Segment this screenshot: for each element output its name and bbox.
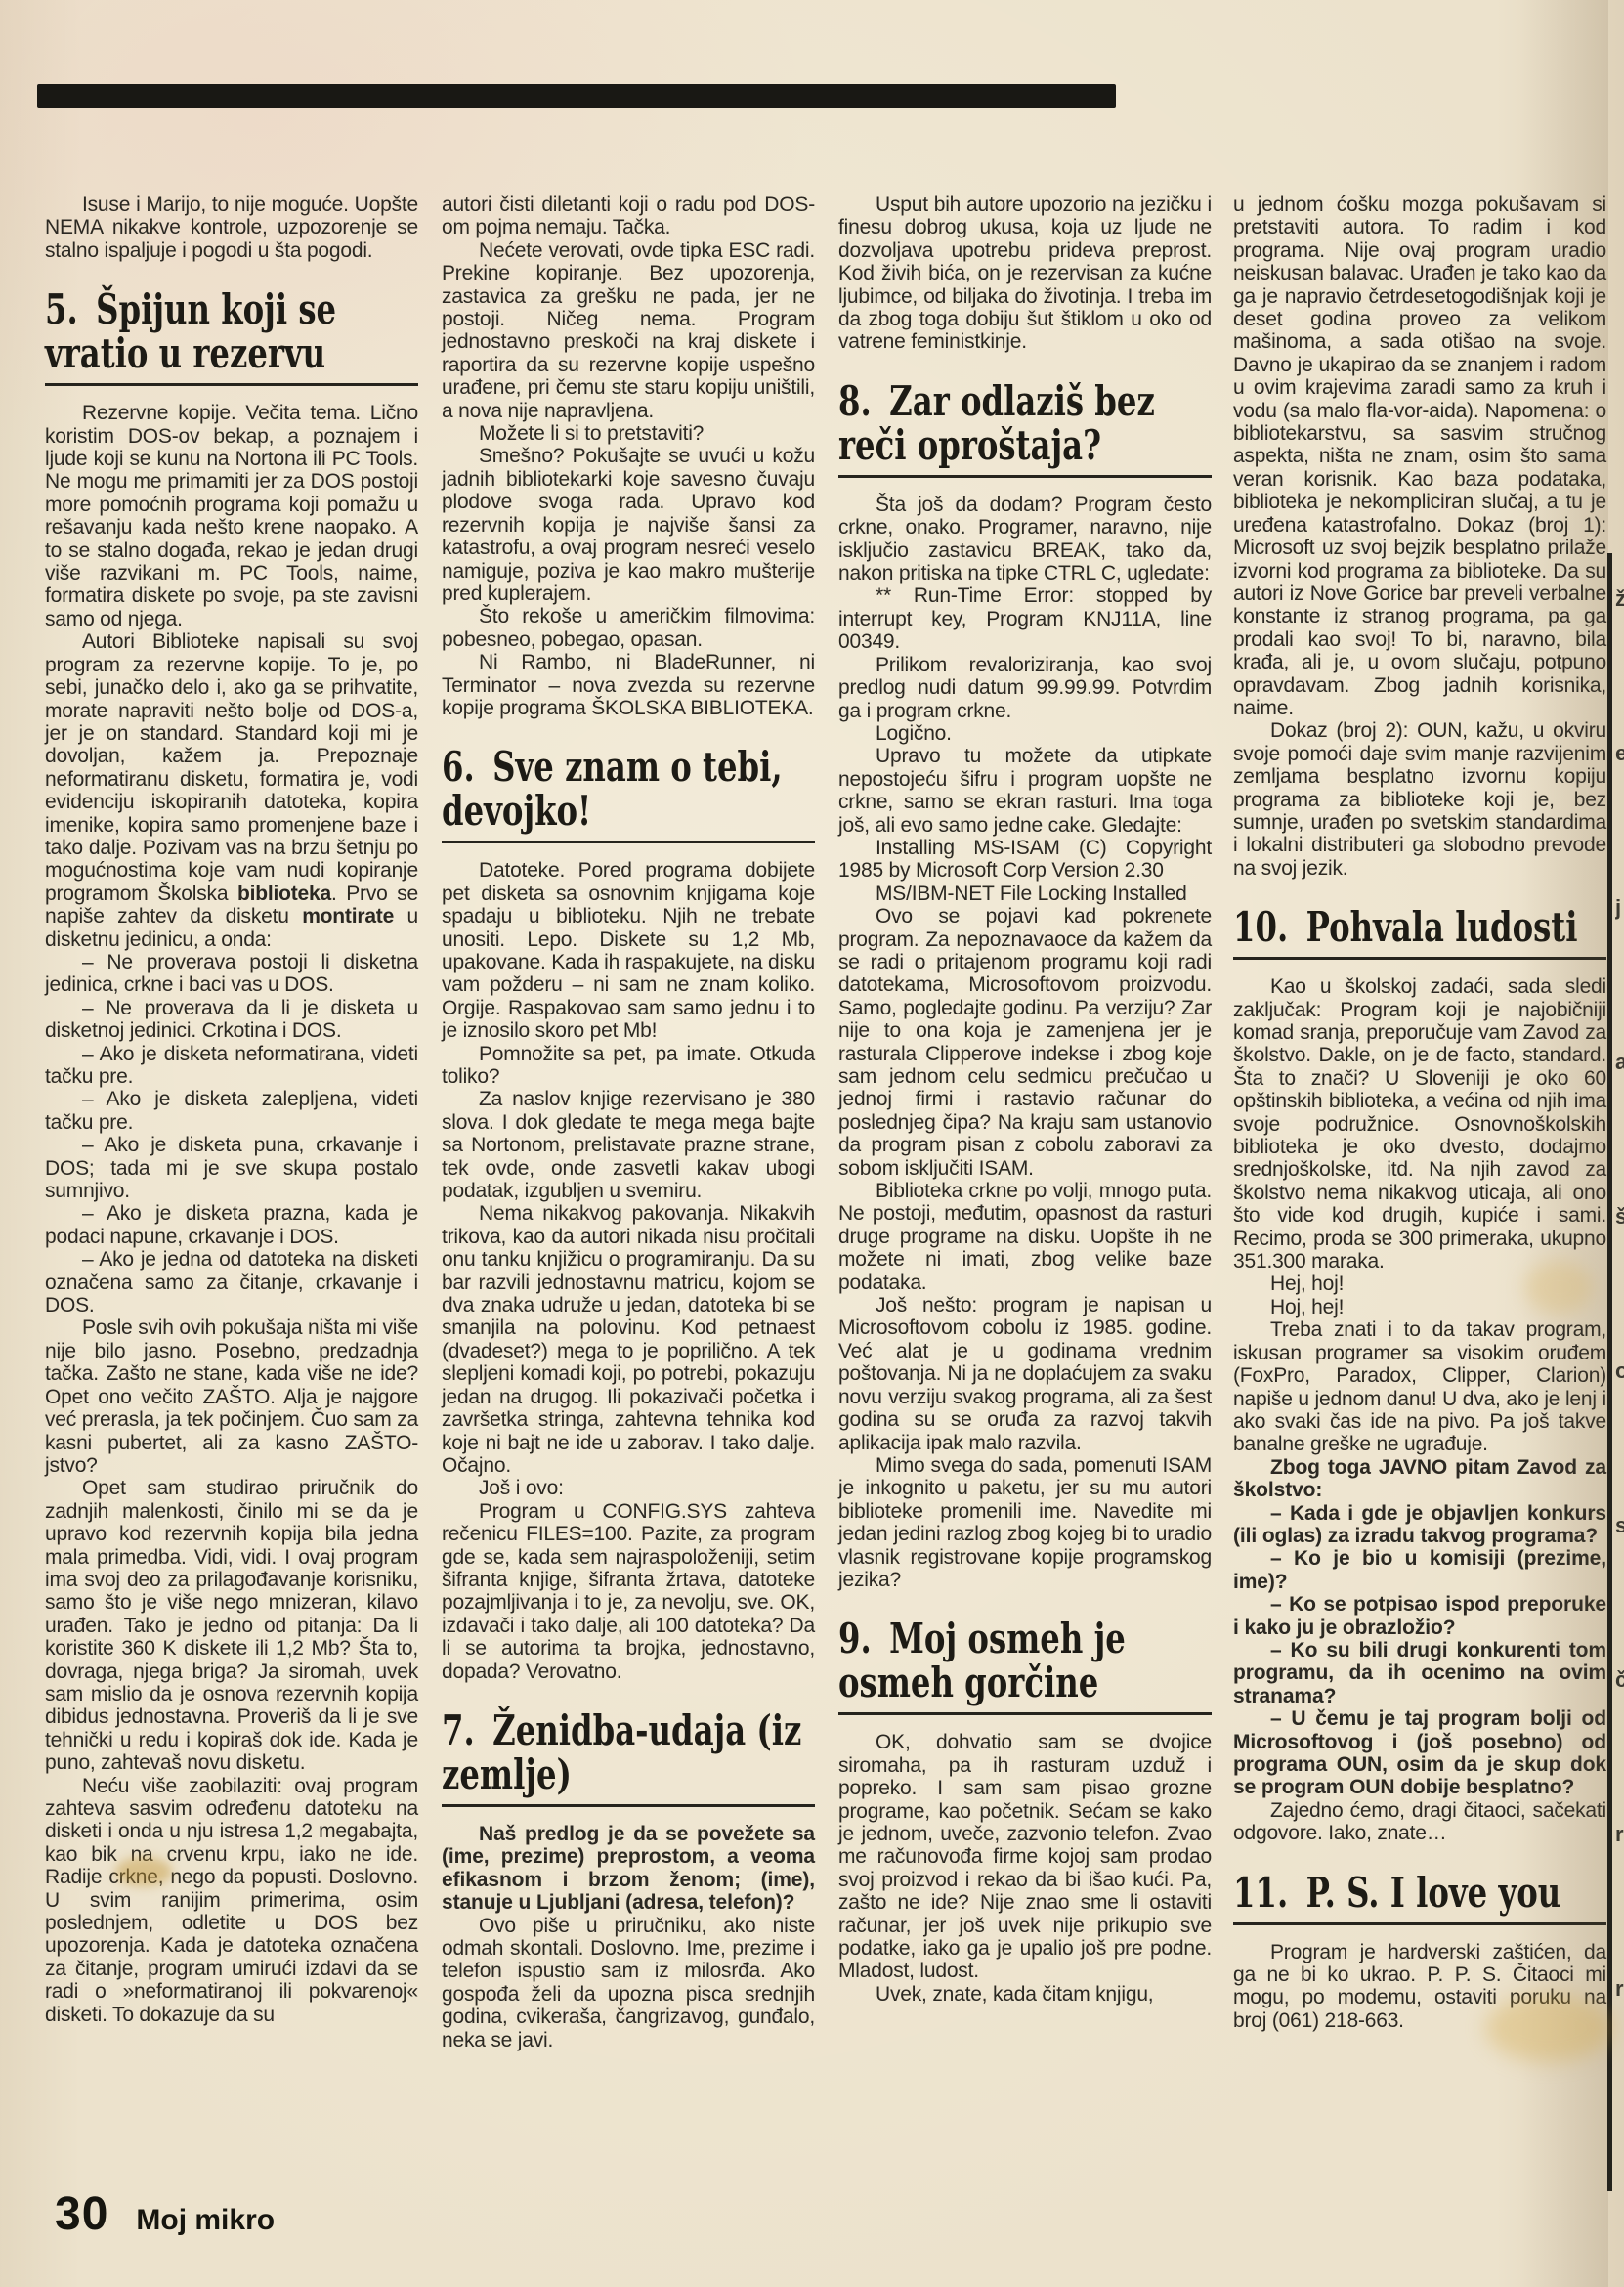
heading-rule bbox=[442, 1804, 815, 1807]
edge-letter-fragment: a bbox=[1615, 1050, 1624, 1204]
edge-letter-fragment: j bbox=[1615, 895, 1624, 1050]
article-paragraph: Rezervne kopije. Večita tema. Lično kori… bbox=[45, 402, 418, 630]
section-number: 5. bbox=[45, 285, 78, 333]
section-number: 10. bbox=[1233, 903, 1288, 951]
article-paragraph: Prilikom revaloriziranja, kao svoj predl… bbox=[838, 654, 1212, 722]
edge-letter-fragment: r bbox=[1615, 1976, 1624, 2131]
heading-rule bbox=[442, 841, 815, 843]
section-number: 11. bbox=[1233, 1869, 1288, 1917]
edge-letter-fragment: s bbox=[1615, 1513, 1624, 1667]
article-paragraph: Naš predlog je da se povežete sa (ime, p… bbox=[442, 1823, 815, 1915]
top-rule-bar bbox=[37, 84, 1116, 108]
edge-letter-fragment: o bbox=[1615, 1359, 1624, 1513]
article-paragraph: Autori Biblioteke napisali su svoj progr… bbox=[45, 630, 418, 951]
section-heading: 6.Sve znam o tebi, devojko! bbox=[442, 745, 815, 833]
article-paragraph: Neću više zaobilaziti: ovaj program zaht… bbox=[45, 1775, 418, 2026]
section-title: Ženidba-udaja (iz zemlje) bbox=[442, 1706, 801, 1798]
article-paragraph: autori čisti diletanti koji o radu pod D… bbox=[442, 194, 815, 239]
section-title: Zar odlaziš bez reči oproštaja? bbox=[838, 377, 1155, 469]
article-paragraph: Nećete verovati, ovde tipka ESC radi. Pr… bbox=[442, 239, 815, 422]
article-paragraph: Možete li si to pretstaviti? bbox=[442, 422, 815, 445]
edge-letter-fragment: r bbox=[1615, 1822, 1624, 1976]
article-paragraph: Smešno? Pokušajte se uvući u kožu jadnih… bbox=[442, 445, 815, 605]
article-paragraph: Nema nikakvog pakovanja. Nikakvih trikov… bbox=[442, 1202, 815, 1477]
article-paragraph: Ovo piše u priručniku, ako niste odmah s… bbox=[442, 1915, 815, 2051]
article-paragraph: – Ne proverava da li je disketa u disket… bbox=[45, 997, 418, 1043]
article-paragraph: Installing MS-ISAM (C) Copyright 1985 by… bbox=[838, 837, 1212, 883]
paper-stain bbox=[115, 1857, 172, 1886]
article-paragraph: Posle svih ovih pokušaja ništa mi više n… bbox=[45, 1316, 418, 1477]
edge-letter-fragment: š bbox=[1615, 1204, 1624, 1359]
article-paragraph: Pomnožite sa pet, pa imate. Otkuda tolik… bbox=[442, 1043, 815, 1089]
article-paragraph: Što rekoše u američkim filmovima: pobesn… bbox=[442, 605, 815, 651]
article-paragraph: Još i ovo: bbox=[442, 1477, 815, 1499]
article-paragraph: – Ako je disketa zalepljena, videti tačk… bbox=[45, 1088, 418, 1134]
article-paragraph: ** Run-Time Error: stopped by interrupt … bbox=[838, 584, 1212, 653]
paper-stain bbox=[1485, 1994, 1612, 2062]
article-paragraph: – Ako je disketa puna, crkavanje i DOS; … bbox=[45, 1134, 418, 1202]
text-column-3: Usput bih autore upozorio na jezičku i f… bbox=[838, 194, 1212, 2006]
article-paragraph: Ovo se pojavi kad pokrenete program. Za … bbox=[838, 905, 1212, 1180]
page-edge-shadow bbox=[1520, 0, 1608, 2287]
section-number: 7. bbox=[442, 1706, 475, 1754]
article-paragraph: Logično. bbox=[838, 722, 1212, 745]
edge-letter-fragment: e bbox=[1615, 741, 1624, 895]
article-paragraph: Mimo svega do sada, pomenuti ISAM je ink… bbox=[838, 1454, 1212, 1591]
heading-rule bbox=[838, 1712, 1212, 1715]
text-column-1: Isuse i Marijo, to nije moguće. Uopšte N… bbox=[45, 194, 418, 2026]
article-paragraph: OK, dohvatio sam se dvojice siromaha, pa… bbox=[838, 1731, 1212, 1982]
heading-rule bbox=[838, 475, 1212, 478]
article-paragraph: Usput bih autore upozorio na jezičku i f… bbox=[838, 194, 1212, 354]
article-paragraph: Uvek, znate, kada čitam knjigu, bbox=[838, 1983, 1212, 2006]
article-paragraph: – Ne proverava postoji li disketna jedin… bbox=[45, 951, 418, 997]
section-title: Sve znam o tebi, devojko! bbox=[442, 743, 783, 835]
section-title: Špijun koji se vratio u rezervu bbox=[45, 285, 336, 377]
page-number: 30 bbox=[55, 2187, 108, 2241]
article-paragraph: MS/IBM-NET File Locking Installed bbox=[838, 883, 1212, 905]
edge-letter-fragment: ž bbox=[1615, 586, 1624, 741]
article-paragraph: Ni Rambo, ni BladeRunner, ni Terminator … bbox=[442, 651, 815, 719]
article-paragraph: Za naslov knjige rezervisano je 380 slov… bbox=[442, 1088, 815, 1202]
article-paragraph: Program u CONFIG.SYS zahteva rečenicu FI… bbox=[442, 1500, 815, 1683]
article-paragraph: – Ako je disketa neformatirana, videti t… bbox=[45, 1043, 418, 1089]
article-paragraph: – Ako je disketa prazna, kada je podaci … bbox=[45, 1202, 418, 1248]
article-paragraph: – Ako je jedna od datoteka na disketi oz… bbox=[45, 1248, 418, 1316]
heading-rule bbox=[45, 383, 418, 386]
article-paragraph: Upravo tu možete da utipkate nepostojeću… bbox=[838, 745, 1212, 837]
page-footer: 30 Moj mikro bbox=[55, 2187, 275, 2241]
page-edge-line bbox=[1607, 553, 1612, 2191]
section-heading: 5.Špijun koji se vratio u rezervu bbox=[45, 287, 418, 375]
article-paragraph: Biblioteka crkne po volji, mnogo puta. N… bbox=[838, 1180, 1212, 1294]
section-number: 9. bbox=[838, 1615, 872, 1662]
section-heading: 8.Zar odlaziš bez reči oproštaja? bbox=[838, 379, 1212, 467]
paper-stain bbox=[1524, 1261, 1593, 1314]
section-number: 6. bbox=[442, 743, 475, 791]
section-heading: 9.Moj osmeh je osmeh gorčine bbox=[838, 1617, 1212, 1704]
article-paragraph: Datoteke. Pored programa dobijete pet di… bbox=[442, 859, 815, 1042]
section-heading: 7.Ženidba-udaja (iz zemlje) bbox=[442, 1708, 815, 1796]
magazine-title: Moj mikro bbox=[136, 2204, 275, 2237]
section-number: 8. bbox=[838, 377, 872, 425]
article-paragraph: Isuse i Marijo, to nije moguće. Uopšte N… bbox=[45, 194, 418, 262]
edge-letter-fragment: č bbox=[1615, 1667, 1624, 1822]
section-title: Moj osmeh je osmeh gorčine bbox=[838, 1615, 1126, 1706]
text-column-2: autori čisti diletanti koji o radu pod D… bbox=[442, 194, 815, 2051]
article-paragraph: Šta još da dodam? Program često crkne, o… bbox=[838, 494, 1212, 585]
article-paragraph: Još nešto: program je napisan u Microsof… bbox=[838, 1294, 1212, 1454]
page-edge-letters: žejašosčrr bbox=[1615, 586, 1624, 2189]
article-paragraph: Opet sam studirao priručnik do zadnjih m… bbox=[45, 1477, 418, 1774]
